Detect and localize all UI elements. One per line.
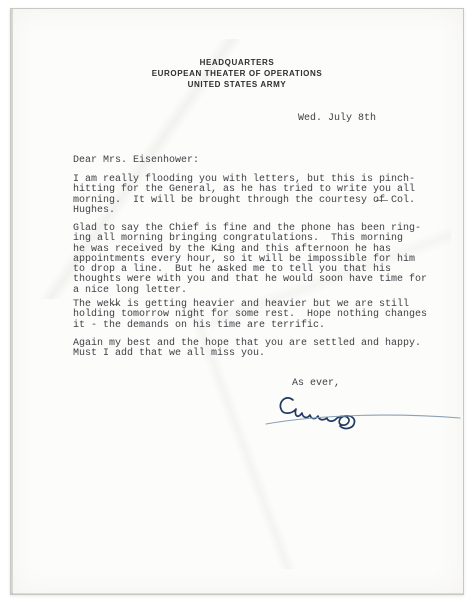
date-line: Wed. July 8th [298,114,376,124]
scanned-letter: HEADQUARTERS EUROPEAN THEATER OF OPERATI… [0,0,474,608]
letter-paper: HEADQUARTERS EUROPEAN THEATER OF OPERATI… [10,8,464,595]
closing-line: As ever, [292,379,340,389]
paragraph-4: Again my best and the hope that you are … [73,339,421,360]
signature-scrawl [280,398,354,429]
letterhead-line-3: UNITED STATES ARMY [11,79,463,90]
signature-ink-icon [263,391,463,431]
letterhead: HEADQUARTERS EUROPEAN THEATER OF OPERATI… [11,57,463,90]
paragraph-2: Glad to say the Chief is fine and the ph… [73,224,427,296]
paragraph-1: I am really flooding you with letters, b… [73,175,415,216]
paragraph-3: The wek̶k is getting heavier and heavier… [73,300,427,331]
letterhead-line-2: EUROPEAN THEATER OF OPERATIONS [11,68,463,79]
signature-underline [266,415,460,424]
letterhead-line-1: HEADQUARTERS [11,57,463,68]
salutation: Dear Mrs. Eisenhower: [73,156,199,166]
signature [263,391,463,431]
